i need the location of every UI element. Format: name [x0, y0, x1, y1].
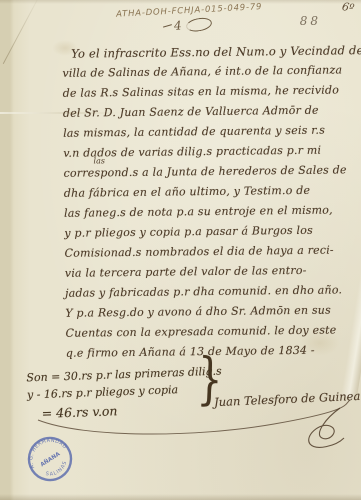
paper-edge-top [0, 0, 361, 4]
folio-number: 4 [174, 18, 183, 32]
folio-mark: 4 [163, 16, 212, 33]
fold-crease-topleft [3, 0, 41, 64]
paper-edge-bottom [0, 494, 361, 500]
manuscript-line: correspond.s a la Junta de herederos de … [64, 160, 356, 184]
dash-stroke [163, 24, 172, 28]
manuscript-page: ATHA-DOH-FCHJA-015-049-79 6º 88 4 Yo el … [0, 0, 361, 500]
manuscript-line: Comisionad.s nombrados el dia de haya a … [64, 240, 356, 264]
document-body: Yo el infrascrito Ess.no del Num.o y Vec… [62, 40, 358, 364]
interlinear-note: las [93, 156, 105, 165]
stamp-center-text: AÑANA [39, 450, 62, 468]
signature-rubric [296, 404, 350, 454]
pencil-page-number: 88 [300, 14, 321, 28]
corner-folio-number: 6º [341, 0, 355, 15]
paraph-oval [185, 16, 213, 33]
